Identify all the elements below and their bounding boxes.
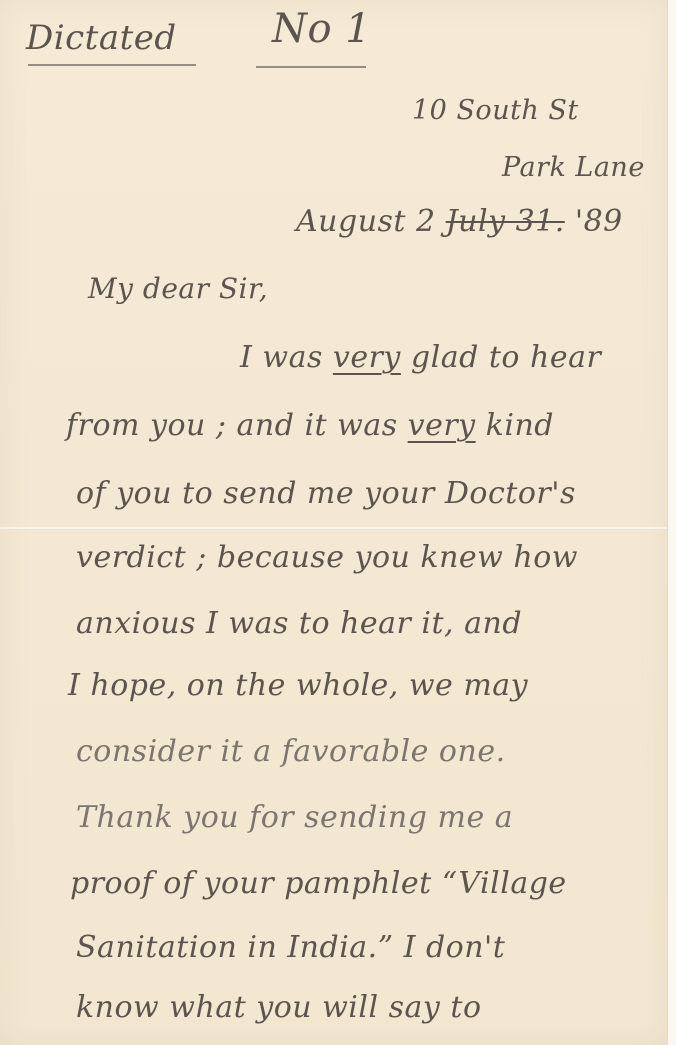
- scan-edge: [667, 0, 676, 1045]
- date-corrected: August 2: [296, 204, 436, 239]
- date-year: '89: [575, 204, 623, 239]
- emphasis-very: very: [408, 408, 476, 443]
- body-line: from you ; and it was very kind: [66, 408, 554, 443]
- body-line: know what you will say to: [76, 990, 482, 1025]
- address-line-1: 10 South St: [412, 95, 579, 126]
- body-line: proof of your pamphlet “Village: [70, 866, 567, 901]
- body-line: I hope, on the whole, we may: [68, 668, 528, 703]
- dictated-label: Dictated: [26, 18, 177, 58]
- paper-fold-line: [0, 527, 668, 530]
- emphasis-very: very: [333, 340, 401, 375]
- body-line: of you to send me your Doctor's: [76, 476, 576, 511]
- date-line: August 2 July 31. '89: [296, 204, 623, 239]
- body-line: Thank you for sending me a: [76, 800, 513, 835]
- letter-number: No 1: [272, 6, 371, 52]
- body-line: consider it a favorable one.: [76, 734, 506, 769]
- body-line: I was very glad to hear: [240, 340, 601, 375]
- body-line: Sanitation in India.” I don't: [76, 930, 505, 965]
- salutation: My dear Sir,: [88, 272, 268, 305]
- dictated-underline: [28, 64, 196, 66]
- date-struck-out: July 31.: [446, 204, 565, 239]
- address-line-2: Park Lane: [502, 152, 645, 183]
- body-line: anxious I was to hear it, and: [76, 606, 522, 641]
- body-line: verdict ; because you knew how: [76, 540, 578, 575]
- number-underline: [256, 66, 366, 68]
- letter-page: Dictated No 1 10 South St Park Lane Augu…: [0, 0, 668, 1045]
